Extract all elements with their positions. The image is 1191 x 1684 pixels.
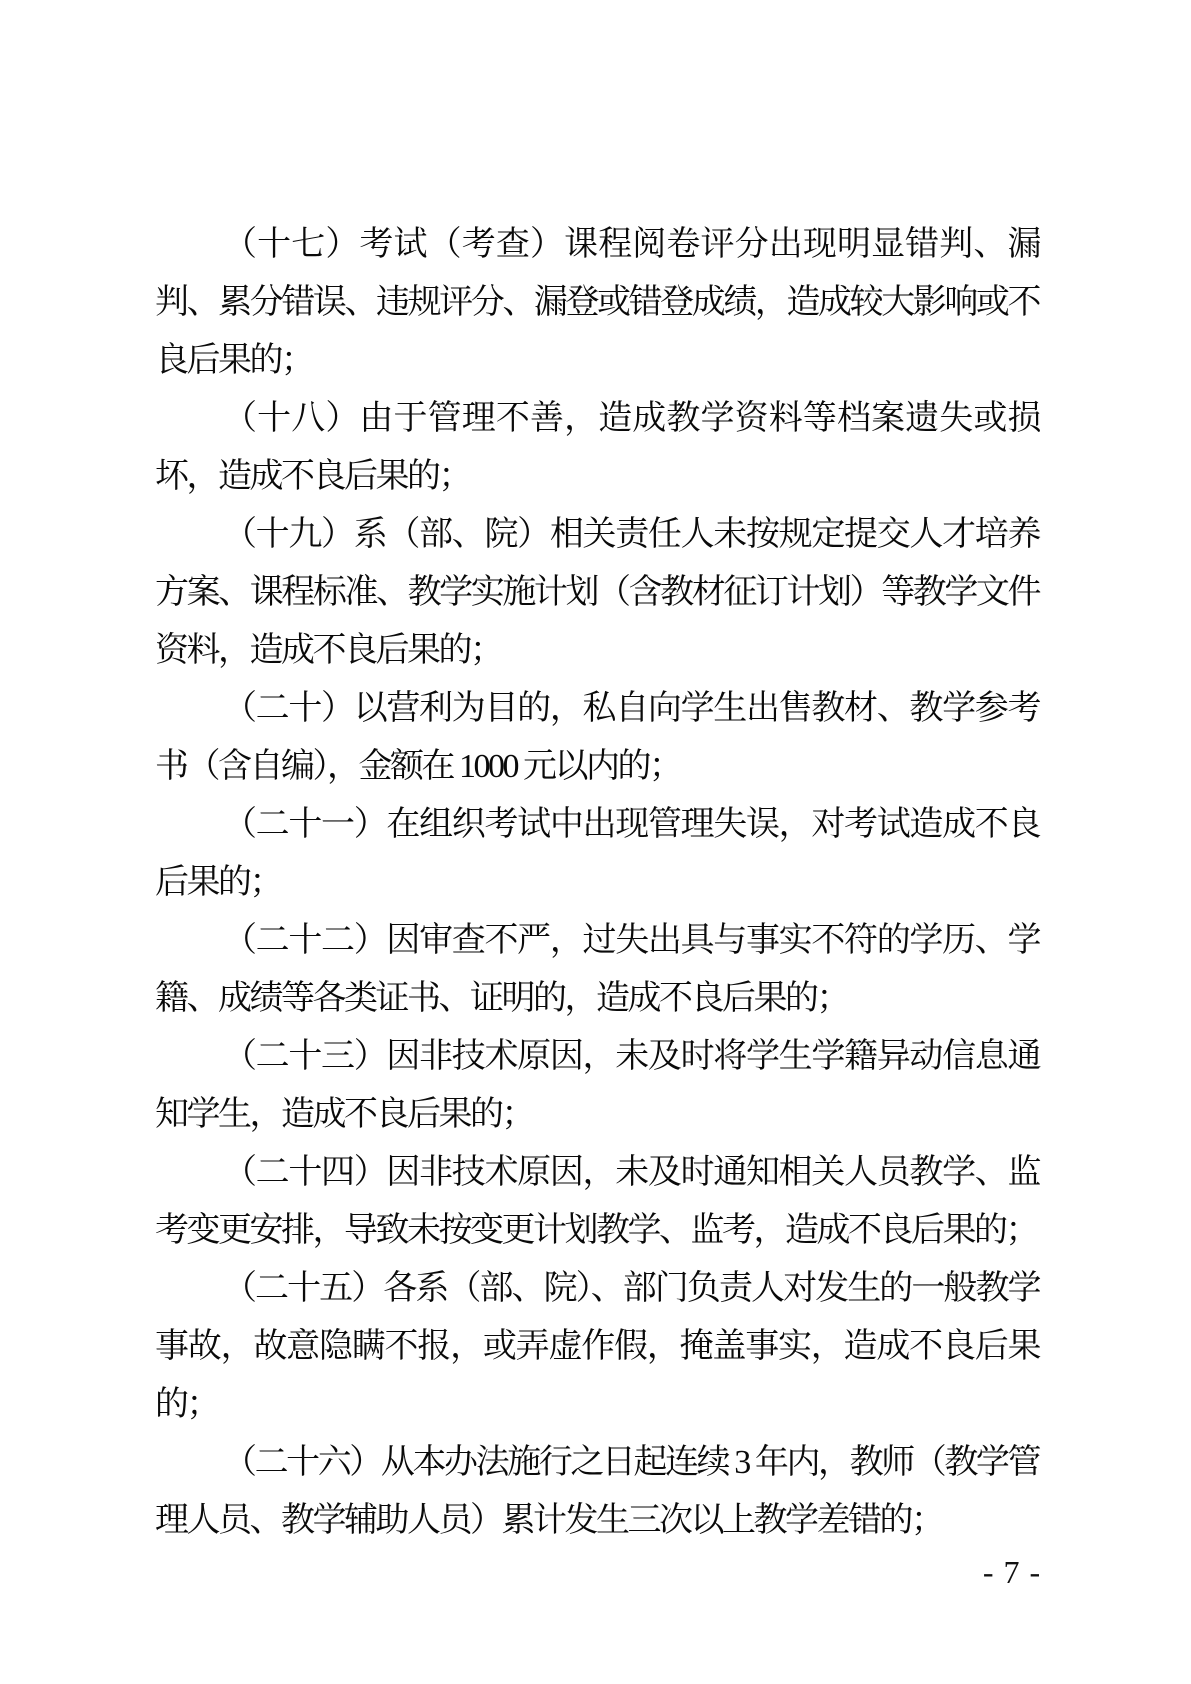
paragraph-item-22: （二十二）因审查不严，过失出具与事实不符的学历、学籍、成绩等各类证书、证明的，造… bbox=[155, 912, 1039, 1028]
document-page: （十七）考试（考查）课程阅卷评分出现明显错判、漏判、累分错误、违规评分、漏登或错… bbox=[0, 0, 1191, 1684]
paragraph-item-18: （十八）由于管理不善，造成教学资料等档案遗失或损坏，造成不良后果的； bbox=[155, 390, 1039, 506]
document-body: （十七）考试（考查）课程阅卷评分出现明显错判、漏判、累分错误、违规评分、漏登或错… bbox=[155, 216, 1039, 1550]
paragraph-item-21: （二十一）在组织考试中出现管理失误，对考试造成不良后果的； bbox=[155, 796, 1039, 912]
paragraph-item-17: （十七）考试（考查）课程阅卷评分出现明显错判、漏判、累分错误、违规评分、漏登或错… bbox=[155, 216, 1039, 390]
paragraph-item-23: （二十三）因非技术原因，未及时将学生学籍异动信息通知学生，造成不良后果的； bbox=[155, 1028, 1039, 1144]
paragraph-item-25: （二十五）各系（部、院）、部门负责人对发生的一般教学事故，故意隐瞒不报，或弄虚作… bbox=[155, 1260, 1039, 1434]
page-number: - 7 - bbox=[947, 1552, 1077, 1592]
paragraph-item-20: （二十）以营利为目的，私自向学生出售教材、教学参考书（含自编），金额在 1000… bbox=[155, 680, 1039, 796]
paragraph-item-19: （十九）系（部、院）相关责任人未按规定提交人才培养方案、课程标准、教学实施计划（… bbox=[155, 506, 1039, 680]
paragraph-item-24: （二十四）因非技术原因，未及时通知相关人员教学、监考变更安排，导致未按变更计划教… bbox=[155, 1144, 1039, 1260]
paragraph-item-26: （二十六）从本办法施行之日起连续 3 年内，教师（教学管理人员、教学辅助人员）累… bbox=[155, 1434, 1039, 1550]
